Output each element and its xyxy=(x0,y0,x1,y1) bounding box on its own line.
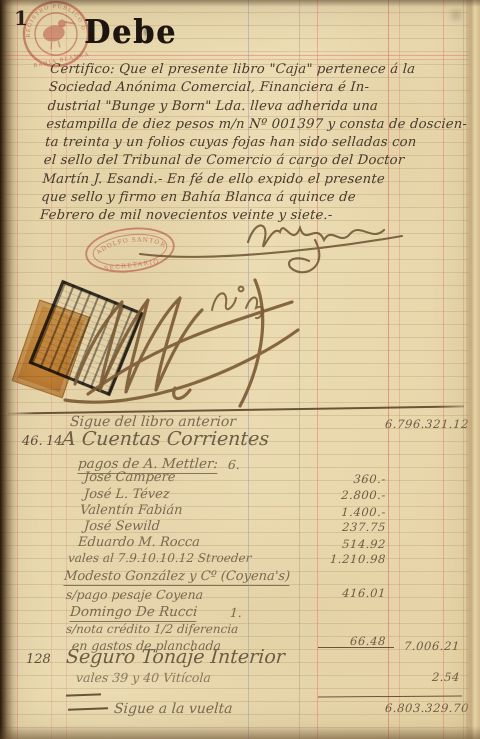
closing-dash xyxy=(66,693,101,696)
ledger-row-amount-total: 7.006.21 xyxy=(385,639,461,653)
ledger-row-desc: Modesto González y Cº (Coyena's) xyxy=(63,569,290,586)
ledger-row-ref: 1. xyxy=(229,605,242,620)
ledger-row-desc: José L. Tévez xyxy=(83,487,170,502)
page-top-edge xyxy=(0,0,480,7)
subtotal-underline xyxy=(318,647,394,648)
ledger-row-desc: Sigue a la vuelta xyxy=(113,701,233,717)
certificate-line: dustrial "Bunge y Born" Lda. lleva adher… xyxy=(47,98,469,116)
ledger-page-scan: 1 Debe REGISTRO PUBLICO DE COMERCIO BAHI… xyxy=(0,0,480,739)
page-title-debe: Debe xyxy=(84,14,177,52)
ledger-row-desc: José Sewild xyxy=(83,519,160,534)
certificate-line: estampilla de diez pesos m/n Nº 001397 y… xyxy=(46,116,468,134)
ledger-row-amount: 514.92 xyxy=(316,537,387,551)
ledger-row-amount: 416.01 xyxy=(316,586,387,600)
ledger-folio-number: 46. xyxy=(22,434,43,449)
ledger-row-amount: 1.400.- xyxy=(316,505,387,519)
ledger-row-desc: Domingo De Rucci xyxy=(69,604,197,622)
ledger-row-amount: 1.210.98 xyxy=(316,552,387,566)
page-number: 1 xyxy=(14,6,28,30)
ledger-row-desc: Sigue del libro anterior xyxy=(69,414,236,430)
ledger-row-amount: 360.- xyxy=(316,472,387,486)
ledger-row-desc: vales 39 y 40 Vitícola xyxy=(75,670,211,685)
ink-smudge xyxy=(143,24,153,40)
ledger-account-heading: A Cuentas Corrientes xyxy=(61,428,270,450)
certificate-line: Sociedad Anónima Comercial, Financiera é… xyxy=(48,79,470,97)
certificate-line: Certifico: Que el presente libro "Caja" … xyxy=(49,61,471,79)
ledger-row-amount-total: 6.796.321.12 xyxy=(385,417,461,431)
ledger-row-amount-total: 2.54 xyxy=(385,670,461,684)
certificate-line: el sello del Tribunal de Comercio á carg… xyxy=(43,152,465,170)
ledger-account-heading: Seguro Tonaje Interior xyxy=(65,646,285,668)
ledger-row-amount: 237.75 xyxy=(316,520,387,534)
ledger-folio-number: 128 xyxy=(26,652,51,667)
ledger-row-ref: 6. xyxy=(227,457,240,472)
ledger-row-amount: 66.48 xyxy=(316,634,387,648)
total-sum-line xyxy=(318,695,462,697)
certificate-line: ta treinta y un folios cuyas fojas han s… xyxy=(44,134,466,152)
ledger-row-amount-total: 6.803.329.70 xyxy=(385,701,461,715)
closing-dash xyxy=(68,707,108,710)
certificate-line: Martín J. Esandi.- En fé de ello expido … xyxy=(42,171,464,189)
certificate-line: que sello y firmo en Bahía Blanca á quin… xyxy=(41,189,463,207)
ledger-row-amount: 2.800.- xyxy=(316,488,387,502)
ledger-row-desc: s/nota crédito 1/2 diferencia xyxy=(66,622,239,636)
ledger-row-desc: Eduardo M. Rocca xyxy=(77,535,200,550)
ledger-folio-number: 14 xyxy=(46,434,63,449)
certificate-text-block: Certifico: Que el presente libro "Caja" … xyxy=(39,61,471,226)
ledger-row-desc: vales al 7.9.10.10.12 Stroeder xyxy=(68,551,252,565)
large-signature xyxy=(30,272,320,414)
ledger-row-desc: José Campere xyxy=(83,470,176,485)
page-right-edge xyxy=(466,0,480,739)
ledger-row-desc: s/pago pesaje Coyena xyxy=(65,587,203,602)
page-bottom-edge xyxy=(0,726,480,739)
ledger-row-desc: Valentín Fabián xyxy=(79,503,183,518)
